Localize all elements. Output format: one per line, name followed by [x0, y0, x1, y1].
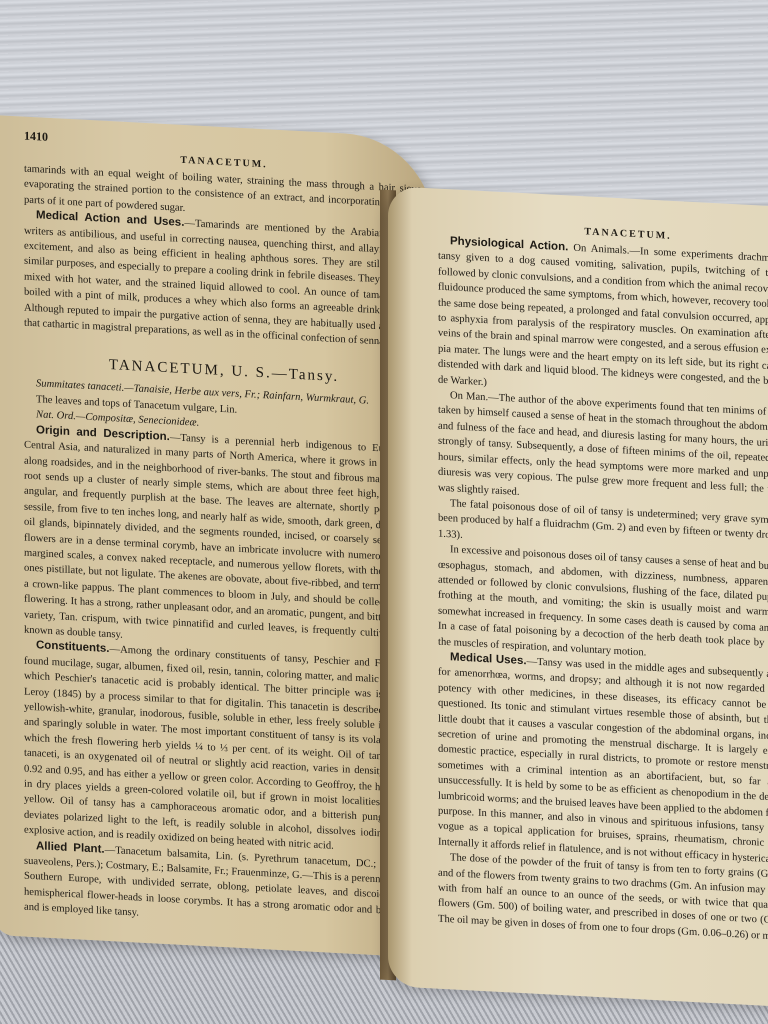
section-heading: Allied Plant.: [36, 840, 105, 856]
origin-paragraph: Origin and Description.—Tansy is a peren…: [24, 422, 424, 659]
on-man-paragraph: On Man.—The author of the above experime…: [438, 388, 768, 516]
physiological-paragraph: Physiological Action. On Animals.—In som…: [438, 234, 768, 408]
dose-paragraph: The dose of the powder of the fruit of t…: [438, 850, 768, 947]
medical-uses-paragraph: Medical Uses.—Tansy was used in the midd…: [438, 650, 768, 870]
page-number: 1410: [24, 129, 48, 145]
section-heading: Medical Uses.: [450, 651, 527, 667]
left-page: 1410 TANACETUM. tamarinds with an equal …: [0, 115, 434, 958]
right-page: TANACETUM. Physiological Action. On Anim…: [388, 186, 768, 1007]
excessive-doses-paragraph: In excessive and poisonous doses oil of …: [438, 542, 768, 670]
constituents-paragraph: Constituents.—Among the ordinary constit…: [24, 638, 424, 859]
section-heading: Physiological Action.: [450, 235, 568, 253]
medical-action-paragraph: Medical Action and Uses.—Tamarinds are m…: [24, 208, 424, 352]
section-heading: Constituents.: [36, 640, 109, 656]
